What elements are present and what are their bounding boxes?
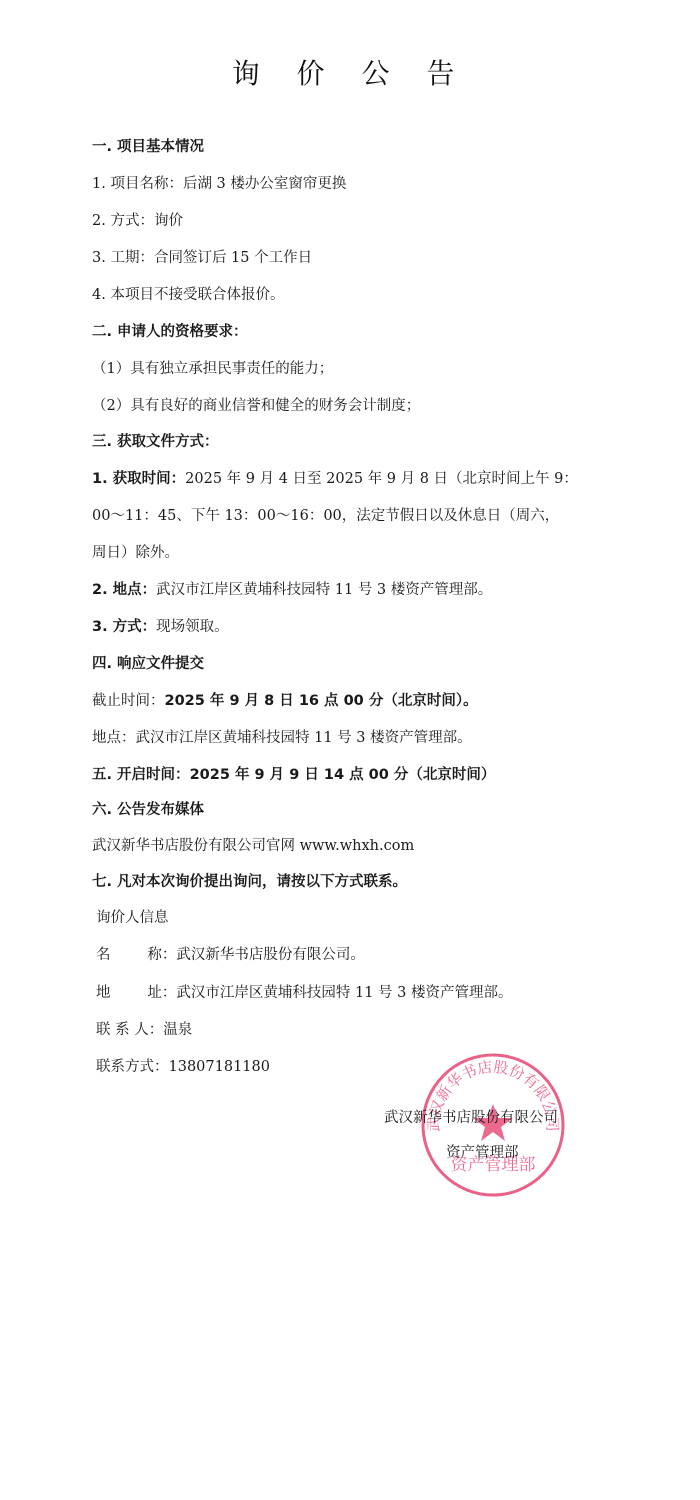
s3-time-line-2: 00～11：45、下午 13：00～16：00，法定节假日以及休息日（周六，: [92, 506, 559, 526]
s3-time-line-1: 1. 获取时间：2025 年 9 月 4 日至 2025 年 9 月 8 日（北…: [92, 469, 578, 489]
s2-item-1: （1）具有独立承担民事责任的能力；: [92, 359, 333, 379]
s6-value: 武汉新华书店股份有限公司官网 www.whxh.com: [92, 836, 414, 856]
s7-phone: 联系方式：13807181180: [96, 1057, 270, 1077]
s3-place: 2. 地点：武汉市江岸区黄埔科技园特 11 号 3 楼资产管理部。: [92, 580, 492, 600]
s7-name-value: 武汉新华书店股份有限公司。: [176, 947, 365, 963]
s3-time-value: 2025 年 9 月 4 日至 2025 年 9 月 8 日（北京时间上午 9：: [185, 471, 578, 487]
s7-name-label: 名 称：: [96, 947, 176, 963]
s7-contact-value: 温泉: [163, 1022, 192, 1038]
s4-deadline: 截止时间：2025 年 9 月 8 日 16 点 00 分（北京时间）。: [92, 691, 478, 711]
section-5-heading: 五. 开启时间：: [92, 767, 190, 783]
s1-item-4: 4. 本项目不接受联合体报价。: [92, 285, 284, 305]
document-page: 询 价 公 告 一. 项目基本情况 1. 项目名称：后湖 3 楼办公室窗帘更换 …: [0, 0, 700, 1500]
s3-place-label: 2. 地点：: [92, 582, 156, 598]
section-4-heading: 四. 响应文件提交: [92, 654, 204, 674]
page-title: 询 价 公 告: [0, 52, 700, 92]
s7-address-label: 地 址：: [96, 985, 176, 1001]
s4-deadline-label: 截止时间：: [92, 693, 165, 709]
s7-subheading: 询价人信息: [96, 908, 169, 928]
s4-deadline-value: 2025 年 9 月 8 日 16 点 00 分（北京时间）。: [165, 693, 478, 709]
section-7-heading: 七. 凡对本次询价提出询问，请按以下方式联系。: [92, 872, 407, 892]
s7-phone-value: 13807181180: [169, 1059, 270, 1075]
s3-time-label: 1. 获取时间：: [92, 471, 185, 487]
s1-item-1: 1. 项目名称：后湖 3 楼办公室窗帘更换: [92, 174, 346, 194]
s7-address-value: 武汉市江岸区黄埔科技园特 11 号 3 楼资产管理部。: [176, 985, 512, 1001]
s3-time-line-3: 周日）除外。: [92, 543, 179, 563]
section-2-heading: 二. 申请人的资格要求：: [92, 322, 248, 342]
s3-place-value: 武汉市江岸区黄埔科技园特 11 号 3 楼资产管理部。: [156, 582, 492, 598]
s7-contact: 联 系 人：温泉: [96, 1020, 192, 1040]
section-5: 五. 开启时间：2025 年 9 月 9 日 14 点 00 分（北京时间）: [92, 765, 495, 785]
section-3-heading: 三. 获取文件方式：: [92, 432, 219, 452]
s3-method-value: 现场领取。: [156, 619, 229, 635]
s3-method: 3. 方式：现场领取。: [92, 617, 229, 637]
s1-item-2: 2. 方式：询价: [92, 211, 183, 231]
section-1-heading: 一. 项目基本情况: [92, 137, 204, 157]
s2-item-2: （2）具有良好的商业信誉和健全的财务会计制度；: [92, 396, 420, 416]
s1-item-3: 3. 工期：合同签订后 15 个工作日: [92, 248, 312, 268]
s3-method-label: 3. 方式：: [92, 619, 156, 635]
s7-phone-label: 联系方式：: [96, 1059, 169, 1075]
s7-name: 名 称：武汉新华书店股份有限公司。: [96, 945, 365, 965]
s7-address: 地 址：武汉市江岸区黄埔科技园特 11 号 3 楼资产管理部。: [96, 983, 513, 1003]
section-6-heading: 六. 公告发布媒体: [92, 800, 204, 820]
s4-place: 地点：武汉市江岸区黄埔科技园特 11 号 3 楼资产管理部。: [92, 728, 472, 748]
signature-company: 武汉新华书店股份有限公司: [384, 1106, 558, 1127]
s7-contact-label: 联 系 人：: [96, 1022, 163, 1038]
signature-department: 资产管理部: [446, 1141, 519, 1162]
s5-value: 2025 年 9 月 9 日 14 点 00 分（北京时间）: [190, 767, 496, 783]
